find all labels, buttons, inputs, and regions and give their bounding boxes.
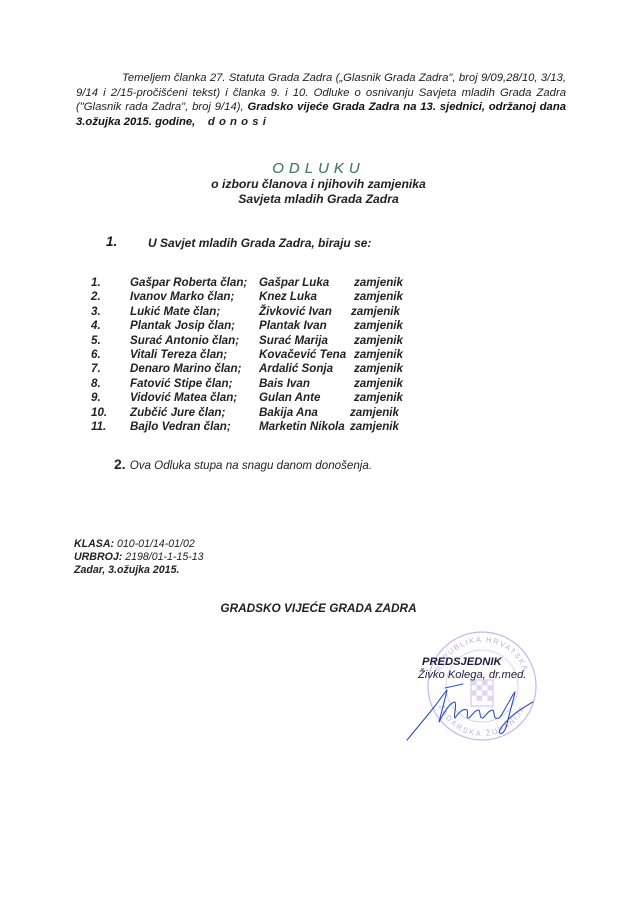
member-number: 2. [91, 290, 101, 303]
member-row: 2.Ivanov Marko član;Knez Lukazamjenik [91, 290, 421, 304]
member-name: Vidović Matea član; [130, 391, 237, 404]
deputy-role: zamjenik [354, 377, 403, 390]
deputy-role: zamjenik [350, 420, 399, 433]
reference-block: KLASA: 010-01/14-01/02 URBROJ: 2198/01-1… [74, 538, 204, 578]
deputy-name: Marketin Nikola [259, 420, 345, 433]
deputy-role: zamjenik [354, 391, 403, 404]
member-row: 8.Fatović Stipe član;Bais Ivanzamjenik [91, 377, 421, 391]
klasa-label: KLASA: [74, 538, 114, 550]
deputy-name: Gulan Ante [259, 391, 320, 404]
signatory-title: PREDSJEDNIK [422, 656, 526, 668]
member-row: 3.Lukić Mate član;Živković Ivanzamjenik [91, 305, 421, 319]
member-row: 9.Vidović Matea član;Gulan Antezamjenik [91, 391, 421, 405]
deputy-name: Surać Marija [259, 334, 328, 347]
document-subtitle-line2: Savjeta mladih Grada Zadra [0, 192, 637, 206]
urbroj-value: 2198/01-1-15-13 [125, 551, 203, 563]
deputy-role: zamjenik [354, 290, 403, 303]
member-number: 3. [91, 305, 101, 318]
member-name: Surać Antonio član; [130, 334, 239, 347]
member-row: 10.Zubčić Jure član;Bakija Anazamjenik [91, 406, 421, 420]
deputy-name: Živković Ivan [259, 305, 332, 318]
point2: 2.Ova Odluka stupa na snagu danom donoše… [114, 456, 372, 472]
klasa-line: KLASA: 010-01/14-01/02 [74, 538, 204, 551]
member-number: 8. [91, 377, 101, 390]
member-number: 7. [91, 362, 101, 375]
preamble-paragraph: Temeljem članka 27. Statuta Grada Zadra … [76, 71, 566, 129]
member-number: 4. [91, 319, 101, 332]
point1-number: 1. [106, 234, 117, 249]
member-name: Lukić Mate član; [130, 305, 220, 318]
handwritten-signature-icon [405, 680, 545, 742]
member-name: Fatović Stipe član; [130, 377, 232, 390]
deputy-name: Bakija Ana [259, 406, 318, 419]
deputy-role: zamjenik [354, 319, 403, 332]
signature-block: PREDSJEDNIK Živko Kolega, dr.med. [422, 656, 526, 681]
klasa-value: 010-01/14-01/02 [117, 538, 195, 550]
place-date: Zadar, 3.ožujka 2015. [74, 564, 179, 576]
urbroj-label: URBROJ: [74, 551, 122, 563]
member-row: 6.Vitali Tereza član;Kovačević Tenazamje… [91, 348, 421, 362]
urbroj-line: URBROJ: 2198/01-1-15-13 [74, 551, 204, 564]
member-row: 7.Denaro Marino član;Ardalić Sonjazamjen… [91, 362, 421, 376]
deputy-name: Kovačević Tena [259, 348, 346, 361]
deputy-name: Ardalić Sonja [259, 362, 333, 375]
deputy-name: Plantak Ivan [259, 319, 327, 332]
member-name: Ivanov Marko član; [130, 290, 234, 303]
deputy-role: zamjenik [354, 276, 403, 289]
member-name: Vitali Tereza član; [130, 348, 227, 361]
deputy-name: Bais Ivan [259, 377, 310, 390]
member-number: 9. [91, 391, 101, 404]
member-row: 1.Gašpar Roberta član;Gašpar Lukazamjeni… [91, 276, 421, 290]
member-row: 11.Bajlo Vedran član;Marketin Nikolazamj… [91, 420, 421, 434]
document-subtitle-line1: o izboru članova i njihovih zamjenika [0, 177, 637, 191]
deputy-role: zamjenik [354, 334, 403, 347]
member-number: 10. [91, 406, 107, 419]
document-title: ODLUKU [0, 160, 637, 177]
point2-text: Ova Odluka stupa na snagu danom donošenj… [130, 459, 372, 472]
council-name: GRADSKO VIJEĆE GRADA ZADRA [0, 601, 637, 615]
point2-number: 2. [114, 456, 126, 472]
member-name: Bajlo Vedran član; [130, 420, 231, 433]
point1-text: U Savjet mladih Grada Zadra, biraju se: [148, 236, 371, 250]
member-row: 4.Plantak Josip član;Plantak Ivanzamjeni… [91, 319, 421, 333]
member-name: Gašpar Roberta član; [130, 276, 247, 289]
member-number: 5. [91, 334, 101, 347]
members-list: 1.Gašpar Roberta član;Gašpar Lukazamjeni… [91, 276, 421, 434]
member-row: 5.Surać Antonio član;Surać Marijazamjeni… [91, 334, 421, 348]
member-number: 11. [91, 420, 106, 433]
member-name: Plantak Josip član; [130, 319, 235, 332]
deputy-name: Knez Luka [259, 290, 317, 303]
member-number: 1. [91, 276, 101, 289]
deputy-role: zamjenik [354, 362, 403, 375]
member-number: 6. [91, 348, 101, 361]
deputy-name: Gašpar Luka [259, 276, 329, 289]
preamble-donosi: donosi [208, 116, 270, 128]
deputy-role: zamjenik [354, 348, 403, 361]
member-name: Denaro Marino član; [130, 362, 241, 375]
place-date-line: Zadar, 3.ožujka 2015. [74, 564, 204, 577]
deputy-role: zamjenik [351, 305, 400, 318]
deputy-role: zamjenik [350, 406, 399, 419]
member-name: Zubčić Jure član; [130, 406, 225, 419]
